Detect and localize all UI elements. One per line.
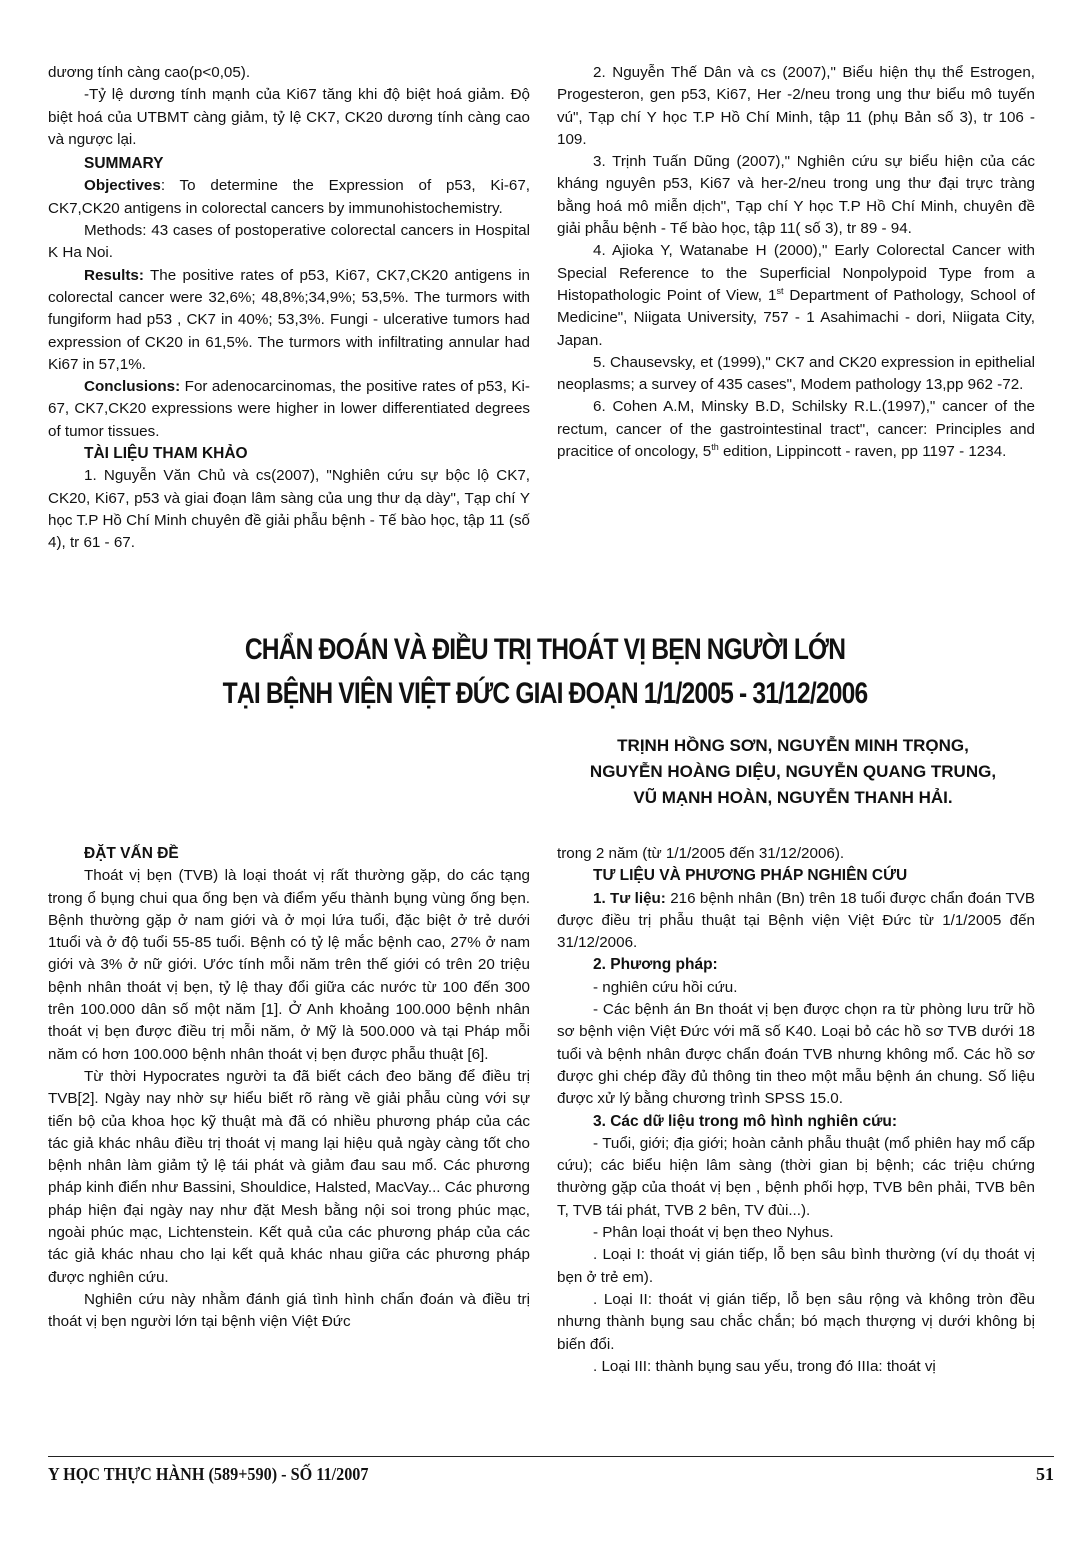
paragraph: . Loại II: thoát vị gián tiếp, lỗ bẹn sâ… [557,1289,1035,1356]
methods-paragraph: Methods: 43 cases of postoperative color… [48,220,530,265]
data-subheading: 3. Các dữ liệu trong mô hình nghiên cứu: [557,1111,1035,1133]
results-label: Results: [84,267,144,284]
conclusions-paragraph: Conclusions: For adenocarcinomas, the po… [48,376,530,443]
paragraph: - Tuổi, giới; địa giới; hoàn cảnh phẫu t… [557,1133,1035,1222]
paragraph: - Các bệnh án Bn thoát vị bẹn được chọn … [557,999,1035,1110]
article-title: CHẨN ĐOÁN VÀ ĐIỀU TRỊ THOÁT VỊ BẸN NGƯỜI… [98,628,992,716]
reference-item: 4. Ajioka Y, Watanabe H (2000)," Early C… [557,240,1035,351]
reference-item: 2. Nguyễn Thế Dân và cs (2007)," Biểu hi… [557,62,1035,151]
paragraph: - Phân loại thoát vị bẹn theo Nyhus. [557,1222,1035,1244]
paragraph: trong 2 năm (từ 1/1/2005 đến 31/12/2006)… [557,843,1035,865]
paragraph: - nghiên cứu hồi cứu. [557,977,1035,999]
results-paragraph: Results: The positive rates of p53, Ki67… [48,265,530,376]
summary-heading: SUMMARY [48,153,530,175]
authors-line: TRỊNH HỒNG SƠN, NGUYỄN MINH TRỌNG, [548,733,1038,759]
article-title-line: CHẨN ĐOÁN VÀ ĐIỀU TRỊ THOÁT VỊ BẸN NGƯỜI… [98,628,992,672]
paragraph: . Loại I: thoát vị gián tiếp, lỗ bẹn sâu… [557,1244,1035,1289]
section-heading-introduction: ĐẶT VẤN ĐỀ [48,843,530,865]
references-heading: TÀI LIỆU THAM KHẢO [48,443,530,465]
authors-line: NGUYỄN HOÀNG DIỆU, NGUYỄN QUANG TRUNG, [548,759,1038,785]
methods-subheading: 2. Phương pháp: [557,954,1035,976]
article-title-line: TẠI BỆNH VIỆN VIỆT ĐỨC GIAI ĐOẠN 1/1/200… [98,672,992,716]
section-heading-methods: TƯ LIỆU VÀ PHƯƠNG PHÁP NGHIÊN CỨU [557,865,1035,887]
page-number: 51 [1036,1464,1054,1485]
article-column-left: ĐẶT VẤN ĐỀ Thoát vị bẹn (TVB) là loại th… [48,843,530,1334]
paragraph: Nghiên cứu này nhằm đánh giá tình hình c… [48,1289,530,1334]
reference-item: 3. Trịnh Tuấn Dũng (2007)," Nghiên cứu s… [557,151,1035,240]
paragraph: Từ thời Hypocrates người ta đã biết cách… [48,1066,530,1289]
previous-article-end-column-left: dương tính càng cao(p<0,05). -Tỷ lệ dươn… [48,62,530,555]
references-column-right: 2. Nguyễn Thế Dân và cs (2007)," Biểu hi… [557,62,1035,463]
reference-item: 6. Cohen A.M, Minsky B.D, Schilsky R.L.(… [557,396,1035,463]
footer-journal-name: Y HỌC THỰC HÀNH (589+590) - SỐ 11/2007 [48,1464,368,1485]
reference-item: 1. Nguyễn Văn Chủ và cs(2007), "Nghiên c… [48,465,530,554]
objectives-label: Objectives [84,177,161,194]
authors-line: VŨ MẠNH HOÀN, NGUYỄN THANH HẢI. [548,785,1038,811]
objectives-paragraph: Objectives: To determine the Expression … [48,175,530,220]
article-column-right: trong 2 năm (từ 1/1/2005 đến 31/12/2006)… [557,843,1035,1378]
materials-label: 1. Tư liệu: [593,890,666,907]
paragraph: -Tỷ lệ dương tính mạnh của Ki67 tăng khi… [48,84,530,151]
footer-divider [48,1456,1054,1457]
paragraph: . Loại III: thành bụng sau yếu, trong đó… [557,1356,1035,1378]
paragraph: Thoát vị bẹn (TVB) là loại thoát vị rất … [48,865,530,1066]
materials-paragraph: 1. Tư liệu: 216 bệnh nhân (Bn) trên 18 t… [557,888,1035,955]
conclusions-label: Conclusions: [84,378,180,395]
reference-item: 5. Chausevsky, et (1999)," CK7 and CK20 … [557,352,1035,397]
paragraph: dương tính càng cao(p<0,05). [48,62,530,84]
article-authors: TRỊNH HỒNG SƠN, NGUYỄN MINH TRỌNG, NGUYỄ… [548,733,1038,811]
